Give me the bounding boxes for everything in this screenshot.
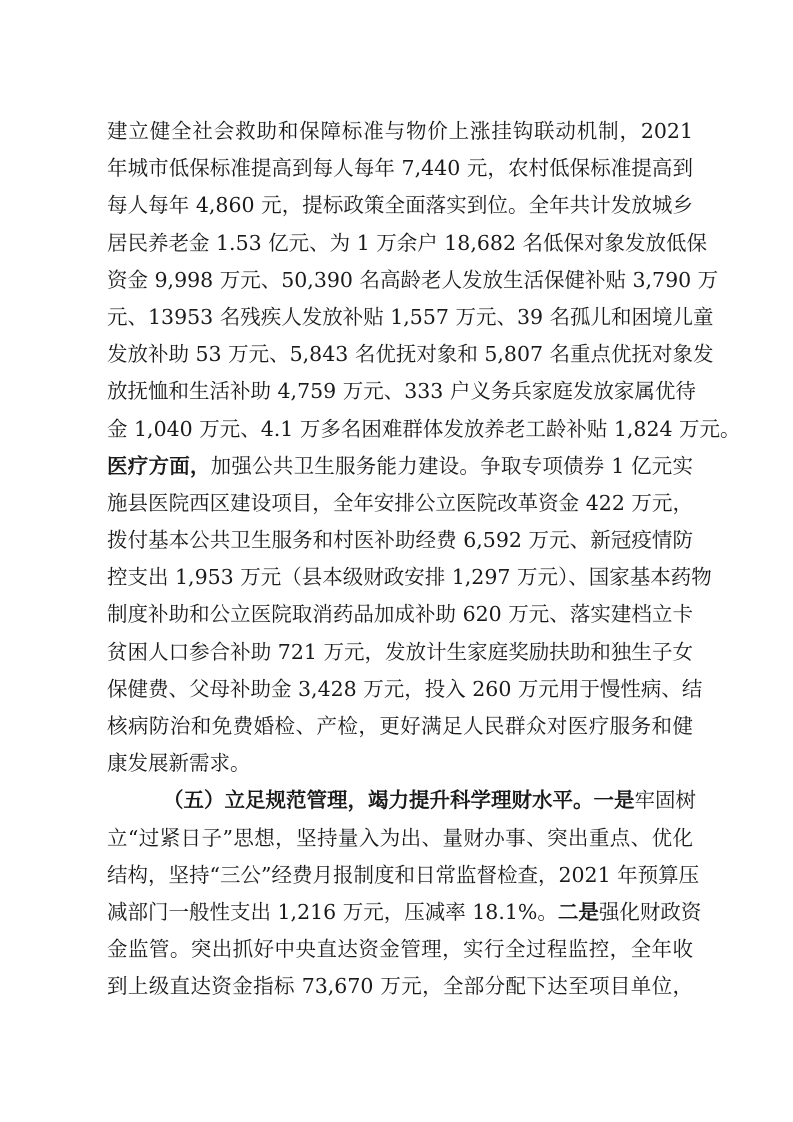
inline-heading-second: 二是 [558, 900, 599, 924]
text-line: 保健费、父母补助金 3,428 万元，投入 260 万元用于慢性病、结 [107, 671, 693, 708]
text-run: 强化财政资 [599, 900, 702, 924]
text-line: 金 1,040 万元、4.1 万多名困难群体发放养老工龄补贴 1,824 万元。 [107, 411, 693, 448]
text-line: 康发展新需求。 [107, 745, 693, 782]
text-line: 发放补助 53 万元、5,843 名优抚对象和 5,807 名重点优抚对象发 [107, 336, 693, 373]
text-line: （五）立足规范管理，竭力提升科学理财水平。一是牢固树 [107, 782, 693, 819]
text-line: 控支出 1,953 万元（县本级财政安排 1,297 万元）、国家基本药物 [107, 559, 693, 596]
text-line: 制度补助和公立医院取消药品加成补助 620 万元、落实建档立卡 [107, 596, 693, 633]
text-line: 资金 9,998 万元、50,390 名高龄老人发放生活保健补贴 3,790 万 [107, 262, 693, 299]
text-line: 居民养老金 1.53 亿元、为 1 万余户 18,682 名低保对象发放低保 [107, 225, 693, 262]
text-line: 到上级直达资金指标 73,670 万元，全部分配下达至项目单位， [107, 968, 693, 1005]
text-line: 元、13953 名残疾人发放补贴 1,557 万元、39 名孤儿和困境儿童 [107, 299, 693, 336]
text-line: 结构，坚持“三公”经费月报制度和日常监督检查，2021 年预算压 [107, 857, 693, 894]
paragraph-section-five: （五）立足规范管理，竭力提升科学理财水平。一是牢固树 立“过紧日子”思想，坚持量… [107, 782, 693, 1005]
text-line: 贫困人口参合补助 721 万元，发放计生家庭奖励扶助和独生子女 [107, 634, 693, 671]
section-heading: （五）立足规范管理，竭力提升科学理财水平。一是 [163, 788, 635, 812]
paragraph-medical: 医疗方面，加强公共卫生服务能力建设。争取专项债券 1 亿元实 施县医院西区建设项… [107, 448, 693, 783]
paragraph-social-security: 建立健全社会救助和保障标准与物价上涨挂钩联动机制，2021 年城市低保标准提高到… [107, 113, 693, 448]
text-line: 金监管。突出抓好中央直达资金管理，实行全过程监控，全年收 [107, 931, 693, 968]
text-run: 加强公共卫生服务能力建设。争取专项债券 1 亿元实 [211, 454, 693, 478]
text-line: 医疗方面，加强公共卫生服务能力建设。争取专项债券 1 亿元实 [107, 448, 693, 485]
text-run: 减部门一般性支出 1,216 万元，压减率 18.1%。 [107, 900, 558, 924]
text-line: 每人每年 4,860 元，提标政策全面落实到位。全年共计发放城乡 [107, 187, 693, 224]
text-line: 减部门一般性支出 1,216 万元，压减率 18.1%。二是强化财政资 [107, 894, 693, 931]
inline-heading-medical: 医疗方面， [107, 454, 211, 478]
text-run: 牢固树 [635, 788, 697, 812]
text-line: 立“过紧日子”思想，坚持量入为出、量财办事、突出重点、优化 [107, 820, 693, 857]
text-line: 施县医院西区建设项目，全年安排公立医院改革资金 422 万元， [107, 485, 693, 522]
text-line: 年城市低保标准提高到每人每年 7,440 元，农村低保标准提高到 [107, 150, 693, 187]
text-line: 核病防治和免费婚检、产检，更好满足人民群众对医疗服务和健 [107, 708, 693, 745]
document-page: 建立健全社会救助和保障标准与物价上涨挂钩联动机制，2021 年城市低保标准提高到… [0, 0, 793, 1122]
body-text: 建立健全社会救助和保障标准与物价上涨挂钩联动机制，2021 年城市低保标准提高到… [107, 113, 693, 1006]
text-line: 拨付基本公共卫生服务和村医补助经费 6,592 万元、新冠疫情防 [107, 522, 693, 559]
text-line: 建立健全社会救助和保障标准与物价上涨挂钩联动机制，2021 [107, 113, 693, 150]
text-line: 放抚恤和生活补助 4,759 万元、333 户义务兵家庭发放家属优待 [107, 373, 693, 410]
